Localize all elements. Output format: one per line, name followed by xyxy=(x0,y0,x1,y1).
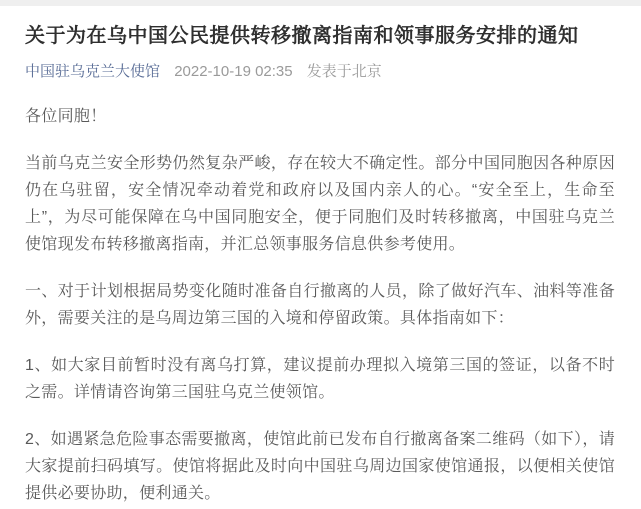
publish-time: 2022-10-19 02:35 xyxy=(174,63,292,80)
article-paragraph-situation: 当前乌克兰安全形势仍然复杂严峻，存在较大不确定性。部分中国同胞因各种原因仍在乌驻… xyxy=(25,150,615,258)
article-title: 关于为在乌中国公民提供转移撤离指南和领事服务安排的通知 xyxy=(25,22,615,50)
publish-location: 发表于北京 xyxy=(307,63,382,80)
article-page: 关于为在乌中国公民提供转移撤离指南和领事服务安排的通知 中国驻乌克兰大使馆 20… xyxy=(0,6,641,507)
article-body: 各位同胞！ 当前乌克兰安全形势仍然复杂严峻，存在较大不确定性。部分中国同胞因各种… xyxy=(25,103,615,507)
article-paragraph-item-2: 2、如遇紧急危险事态需要撤离，使馆此前已发布自行撤离备案二维码（如下），请大家提… xyxy=(25,426,615,507)
article-paragraph-greeting: 各位同胞！ xyxy=(25,103,615,130)
article-paragraph-item-1: 1、如大家目前暂时没有离乌打算，建议提前办理拟入境第三国的签证，以备不时之需。详… xyxy=(25,352,615,406)
byline: 中国驻乌克兰大使馆 2022-10-19 02:35 发表于北京 xyxy=(25,63,615,81)
account-name-link[interactable]: 中国驻乌克兰大使馆 xyxy=(25,63,160,80)
article-paragraph-section-one: 一、对于计划根据局势变化随时准备自行撤离的人员，除了做好汽车、油料等准备外，需要… xyxy=(25,278,615,332)
